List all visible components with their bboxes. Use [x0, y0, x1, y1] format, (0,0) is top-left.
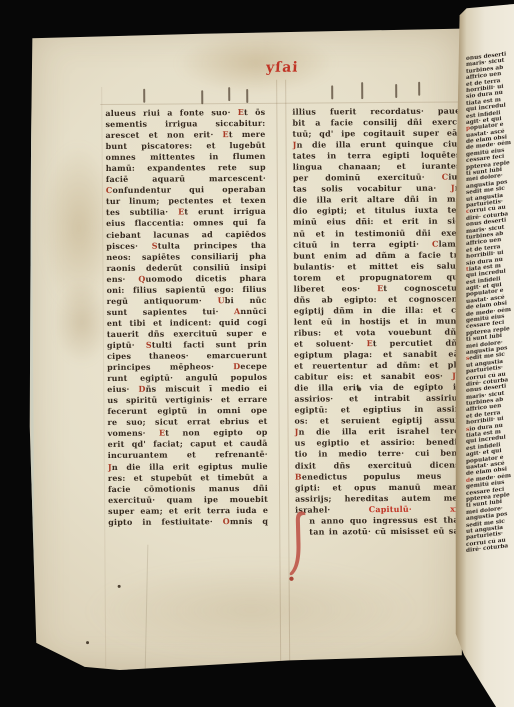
- parchment-crease: [144, 545, 148, 687]
- text-line: gipto in festiuitate· Omnis q: [108, 516, 268, 528]
- ruling-line: [285, 80, 290, 684]
- ascender-flourish: [143, 89, 145, 103]
- ruling-line: [100, 101, 460, 105]
- text-column-left: alueus riui a fonte suo· Et ōssementis i…: [105, 107, 268, 528]
- parchment-stain: [176, 31, 336, 94]
- ascender-flourish: [361, 82, 363, 99]
- ascender-flourish: [395, 84, 397, 98]
- leaf-edge-highlight: [28, 41, 35, 651]
- ascender-flourish: [246, 89, 248, 103]
- running-head: yſai: [266, 60, 300, 76]
- ascender-flourish: [201, 90, 203, 104]
- facing-page-edge: onus desertimaris· sicutturbines abaffri…: [450, 4, 514, 707]
- text-column-right: illius fuerit recordatus· pauebit a faci…: [292, 105, 463, 537]
- parchment-stain: [85, 561, 416, 659]
- chapter-initial-j: [288, 507, 307, 589]
- parchment-speck: [86, 641, 89, 644]
- ascender-flourish: [331, 85, 333, 99]
- photo-background: yſai alueus riui a fonte suo· Et ōssemen…: [0, 0, 514, 707]
- parchment-speck: [118, 585, 121, 588]
- ascender-flourish: [418, 82, 420, 96]
- ascender-flourish: [228, 87, 230, 101]
- manuscript-page: yſai alueus riui a fonte suo· Et ōssemen…: [28, 26, 464, 672]
- ruling-line: [276, 80, 281, 684]
- facing-page-text: onus desertimaris· sicutturbines abaffri…: [466, 51, 514, 558]
- page-surface: yſai alueus riui a fonte suo· Et ōssemen…: [26, 24, 466, 673]
- text-line: tan in azotū· cū misisset eū sar: [295, 525, 463, 537]
